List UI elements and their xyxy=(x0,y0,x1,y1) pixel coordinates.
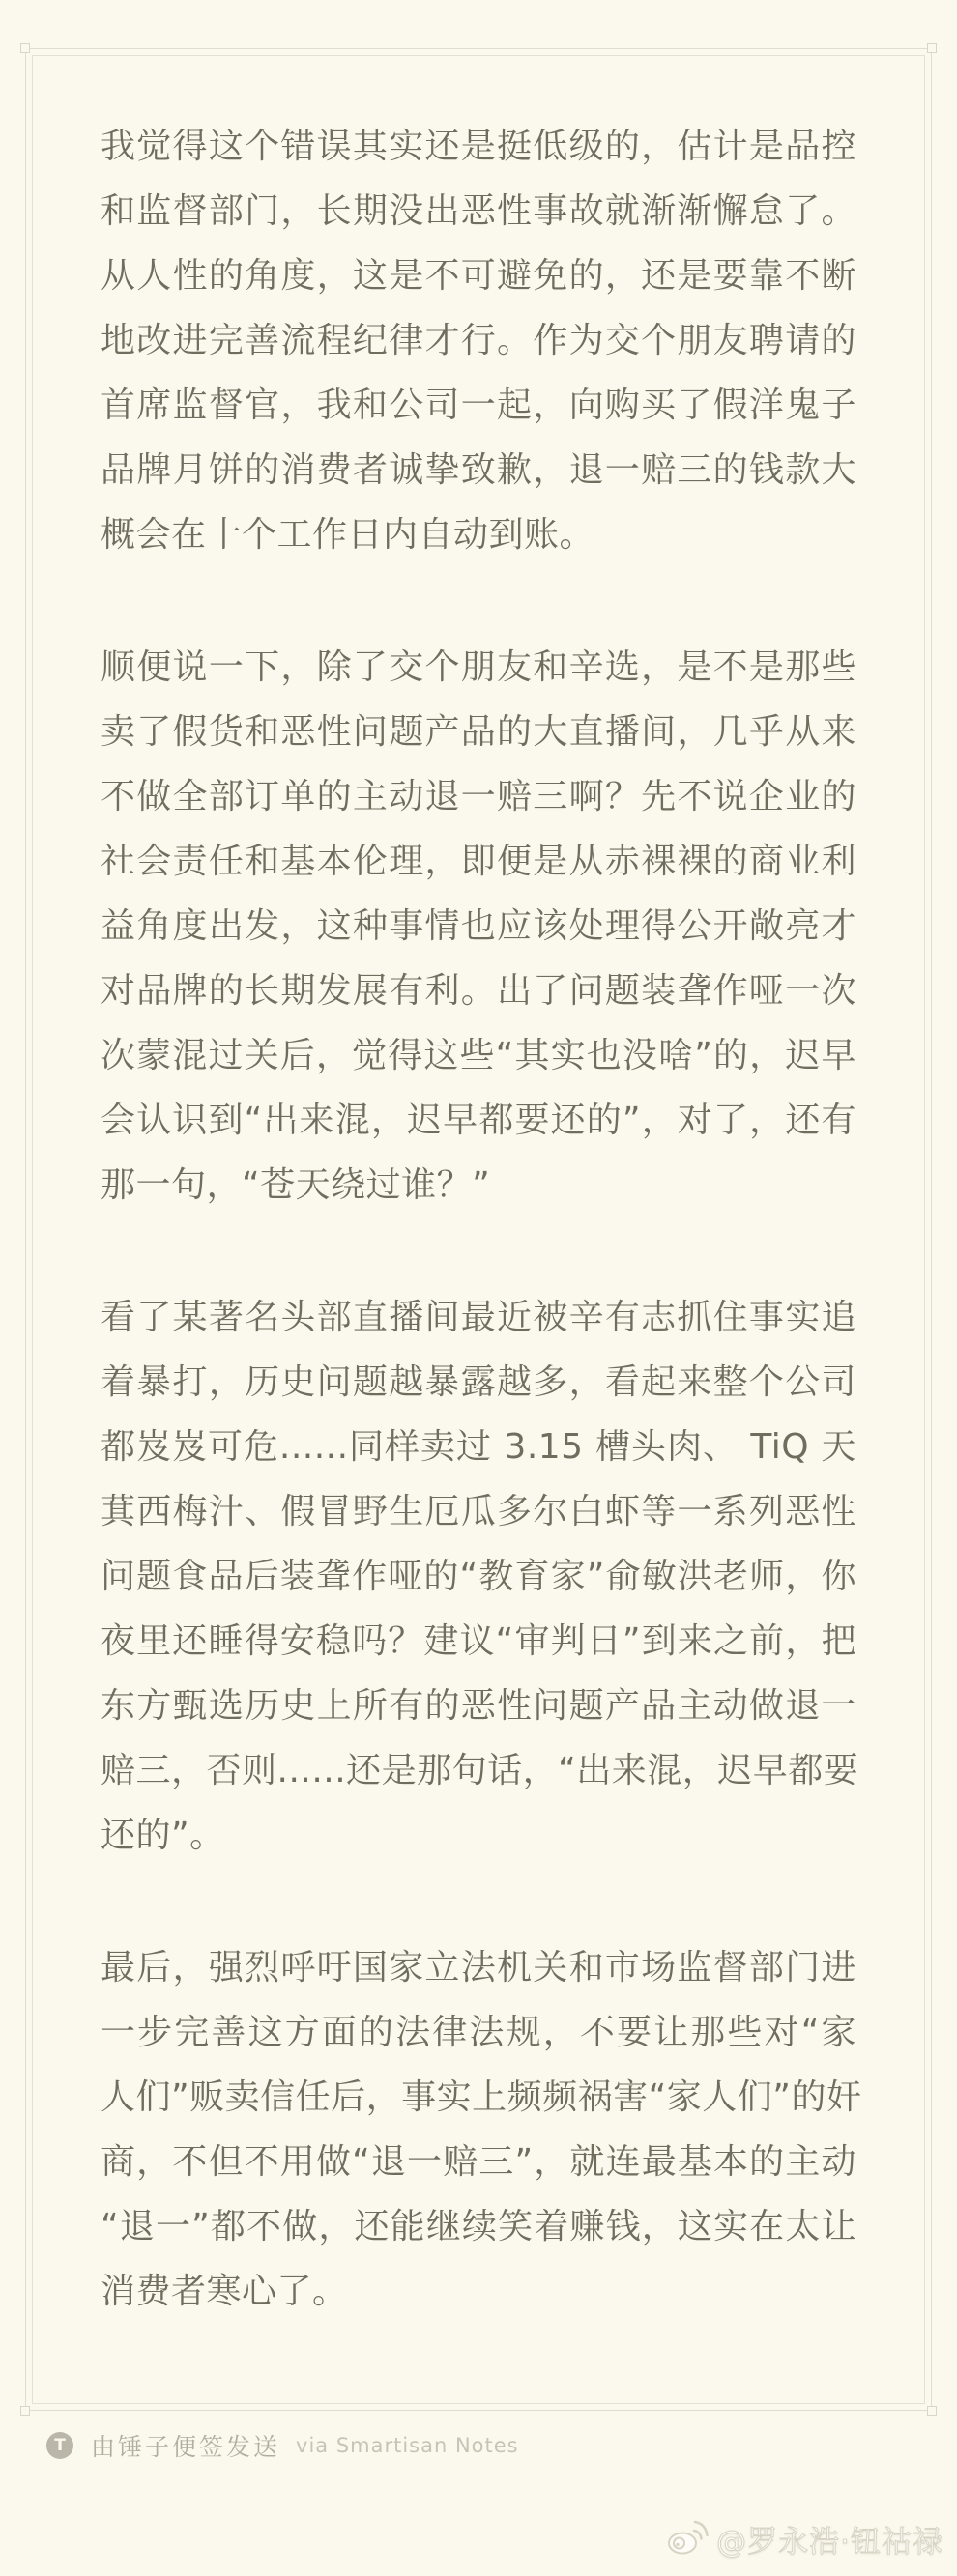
note-text-line: 和监督部门，长期没出恶性事故就渐渐懈怠了。 xyxy=(101,179,856,243)
footer-sent-label: 由锤子便签发送 xyxy=(91,2428,280,2463)
frame-corner-bottom-left xyxy=(20,2406,30,2416)
note-text-line: 最后，强烈呼吁国家立法机关和市场监督部门进 xyxy=(101,1935,856,2000)
note-text-line: 赔三，否则......还是那句话，“出来混，迟早都要 xyxy=(101,1738,856,1803)
note-body: 我觉得这个错误其实还是挺低级的，估计是品控和监督部门，长期没出恶性事故就渐渐懈怠… xyxy=(101,114,856,2391)
note-text-line: 我觉得这个错误其实还是挺低级的，估计是品控 xyxy=(101,114,856,179)
note-text-line: 东方甄选历史上所有的恶性问题产品主动做退一 xyxy=(101,1674,856,1738)
note-text-line: 那一句，“苍天绕过谁？” xyxy=(101,1153,856,1217)
weibo-icon xyxy=(666,2516,710,2561)
frame-corner-top-left xyxy=(20,43,30,53)
note-text-line: 都岌岌可危......同样卖过 3.15 槽头肉、 TiQ 天 xyxy=(101,1415,856,1479)
note-text-line: 地改进完善流程纪律才行。作为交个朋友聘请的 xyxy=(101,308,856,373)
note-text-line: 不做全部订单的主动退一赔三啊？先不说企业的 xyxy=(101,764,856,829)
note-text-line: 问题食品后装聋作哑的“教育家”俞敏洪老师，你 xyxy=(101,1544,856,1609)
watermark-handle: @罗永浩·钮祜禄 xyxy=(716,2517,943,2561)
note-text-line: 对品牌的长期发展有利。出了问题装聋作哑一次 xyxy=(101,959,856,1023)
note-text-line: 着暴打，历史问题越暴露越多，看起来整个公司 xyxy=(101,1350,856,1415)
note-text-line: “退一”都不做，还能继续笑着赚钱，这实在太让 xyxy=(101,2194,856,2259)
smartisan-logo-letter: T xyxy=(54,2436,66,2455)
frame-corner-top-right xyxy=(927,43,937,53)
footer-via-label: via Smartisan Notes xyxy=(296,2434,519,2457)
weibo-watermark: @罗永浩·钮祜禄 xyxy=(666,2516,943,2561)
note-text-line: 消费者寒心了。 xyxy=(101,2259,856,2324)
note-text-line: 次蒙混过关后，觉得这些“其实也没啥”的，迟早 xyxy=(101,1023,856,1088)
note-text-line: 人们”贩卖信任后，事实上频频祸害“家人们”的奸 xyxy=(101,2065,856,2130)
note-text-line: 萁西梅汁、假冒野生厄瓜多尔白虾等一系列恶性 xyxy=(101,1479,856,1544)
note-text-line: 一步完善这方面的法律法规，不要让那些对“家 xyxy=(101,2000,856,2065)
note-text-line: 社会责任和基本伦理，即便是从赤裸裸的商业利 xyxy=(101,829,856,894)
note-text-line: 益角度出发，这种事情也应该处理得公开敞亮才 xyxy=(101,894,856,959)
smartisan-logo-icon: T xyxy=(46,2432,73,2459)
note-paragraph: 最后，强烈呼吁国家立法机关和市场监督部门进一步完善这方面的法律法规，不要让那些对… xyxy=(101,1935,856,2324)
note-text-line: 概会在十个工作日内自动到账。 xyxy=(101,502,856,567)
note-paragraph: 我觉得这个错误其实还是挺低级的，估计是品控和监督部门，长期没出恶性事故就渐渐懈怠… xyxy=(101,114,856,567)
note-text-line: 夜里还睡得安稳吗？建议“审判日”到来之前，把 xyxy=(101,1609,856,1674)
note-paragraph: 顺便说一下，除了交个朋友和辛选，是不是那些卖了假货和恶性问题产品的大直播间，几乎… xyxy=(101,635,856,1217)
note-text-line: 会认识到“出来混，迟早都要还的”，对了，还有 xyxy=(101,1088,856,1153)
note-text-line: 还的”。 xyxy=(101,1803,856,1868)
note-paragraph: 看了某著名头部直播间最近被辛有志抓住事实追着暴打，历史问题越暴露越多，看起来整个… xyxy=(101,1285,856,1868)
note-text-line: 顺便说一下，除了交个朋友和辛选，是不是那些 xyxy=(101,635,856,700)
note-text-line: 卖了假货和恶性问题产品的大直播间，几乎从来 xyxy=(101,700,856,764)
note-text-line: 看了某著名头部直播间最近被辛有志抓住事实追 xyxy=(101,1285,856,1350)
note-text-line: 首席监督官，我和公司一起，向购买了假洋鬼子 xyxy=(101,373,856,438)
note-text-line: 从人性的角度，这是不可避免的，还是要靠不断 xyxy=(101,243,856,308)
frame-corner-bottom-right xyxy=(927,2406,937,2416)
note-text-line: 商，不但不用做“退一赔三”，就连最基本的主动 xyxy=(101,2130,856,2194)
note-text-line: 品牌月饼的消费者诚挚致歉，退一赔三的钱款大 xyxy=(101,438,856,502)
footer: T 由锤子便签发送 via Smartisan Notes xyxy=(46,2428,519,2463)
